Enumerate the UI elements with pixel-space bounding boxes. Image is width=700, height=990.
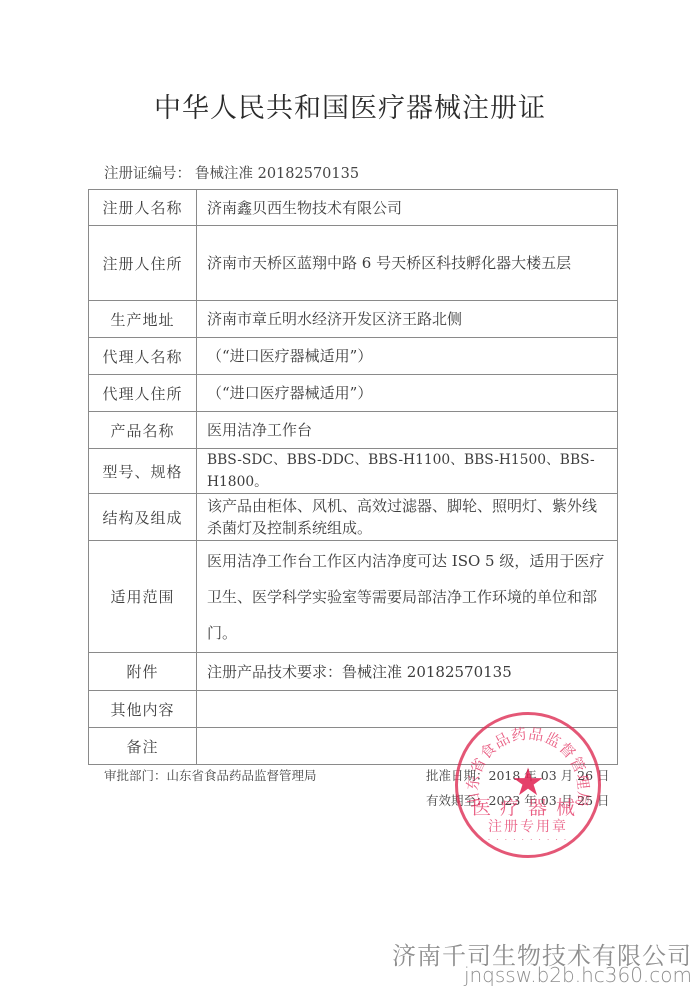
row-key: 备注 xyxy=(89,728,197,765)
table-row: 结构及组成 该产品由柜体、风机、高效过滤器、脚轮、照明灯、紫外线杀菌灯及控制系统… xyxy=(89,494,618,541)
watermark-url: jnqssw.b2b.hc360.com xyxy=(464,963,692,987)
valid-until-date: 有效期至：2023 年 03 月 25 日 xyxy=(426,791,610,809)
row-value: 济南鑫贝西生物技术有限公司 xyxy=(197,190,618,226)
table-row: 代理人名称 （“进口医疗器械适用”） xyxy=(89,338,618,375)
table-row: 备注 xyxy=(89,728,618,765)
approval-department: 审批部门：山东省食品药品监督管理局 xyxy=(104,766,317,784)
row-value: （“进口医疗器械适用”） xyxy=(197,375,618,412)
table-row: 其他内容 xyxy=(89,691,618,728)
table-row: 适用范围 医用洁净工作台工作区内洁净度可达 ISO 5 级，适用于医疗卫生、医学… xyxy=(89,541,618,653)
table-row: 代理人住所 （“进口医疗器械适用”） xyxy=(89,375,618,412)
row-value: 该产品由柜体、风机、高效过滤器、脚轮、照明灯、紫外线杀菌灯及控制系统组成。 xyxy=(197,494,618,541)
row-key: 代理人名称 xyxy=(89,338,197,375)
row-value: 医用洁净工作台 xyxy=(197,412,618,449)
table-row: 产品名称 医用洁净工作台 xyxy=(89,412,618,449)
table-row: 型号、规格 BBS-SDC、BBS-DDC、BBS-H1100、BBS-H150… xyxy=(89,449,618,494)
row-value xyxy=(197,691,618,728)
table-row: 注册人住所 济南市天桥区蓝翔中路 6 号天桥区科技孵化器大楼五层 xyxy=(89,226,618,301)
row-key: 产品名称 xyxy=(89,412,197,449)
registration-number-value: 鲁械注准 20182570135 xyxy=(195,166,359,182)
registration-number-label: 注册证编号： xyxy=(104,166,191,182)
row-key: 型号、规格 xyxy=(89,449,197,494)
row-key: 注册人住所 xyxy=(89,226,197,301)
row-key: 其他内容 xyxy=(89,691,197,728)
approval-date: 批准日期：2018 年 03 月 26 日 xyxy=(426,766,610,784)
row-key: 代理人住所 xyxy=(89,375,197,412)
table-row: 注册人名称 济南鑫贝西生物技术有限公司 xyxy=(89,190,618,226)
row-key: 生产地址 xyxy=(89,301,197,338)
row-value: BBS-SDC、BBS-DDC、BBS-H1100、BBS-H1500、BBS-… xyxy=(197,449,618,494)
row-value: 济南市天桥区蓝翔中路 6 号天桥区科技孵化器大楼五层 xyxy=(197,226,618,301)
certificate-table: 注册人名称 济南鑫贝西生物技术有限公司 注册人住所 济南市天桥区蓝翔中路 6 号… xyxy=(88,189,618,765)
row-key: 注册人名称 xyxy=(89,190,197,226)
table-row: 生产地址 济南市章丘明水经济开发区济王路北侧 xyxy=(89,301,618,338)
row-value: 注册产品技术要求：鲁械注准 20182570135 xyxy=(197,653,618,691)
row-value: 济南市章丘明水经济开发区济王路北侧 xyxy=(197,301,618,338)
row-key: 附件 xyxy=(89,653,197,691)
row-value xyxy=(197,728,618,765)
document-title: 中华人民共和国医疗器械注册证 xyxy=(0,86,700,125)
table-row: 附件 注册产品技术要求：鲁械注准 20182570135 xyxy=(89,653,618,691)
seal-bottom-text: 注册专用章 xyxy=(458,816,598,836)
row-key: 结构及组成 xyxy=(89,494,197,541)
row-value: （“进口医疗器械适用”） xyxy=(197,338,618,375)
row-value: 医用洁净工作台工作区内洁净度可达 ISO 5 级，适用于医疗卫生、医学科学实验室… xyxy=(197,541,618,653)
registration-number: 注册证编号：鲁械注准 20182570135 xyxy=(104,162,359,183)
seal-code-dots: · · · · · · · · · · xyxy=(458,836,598,844)
row-key: 适用范围 xyxy=(89,541,197,653)
